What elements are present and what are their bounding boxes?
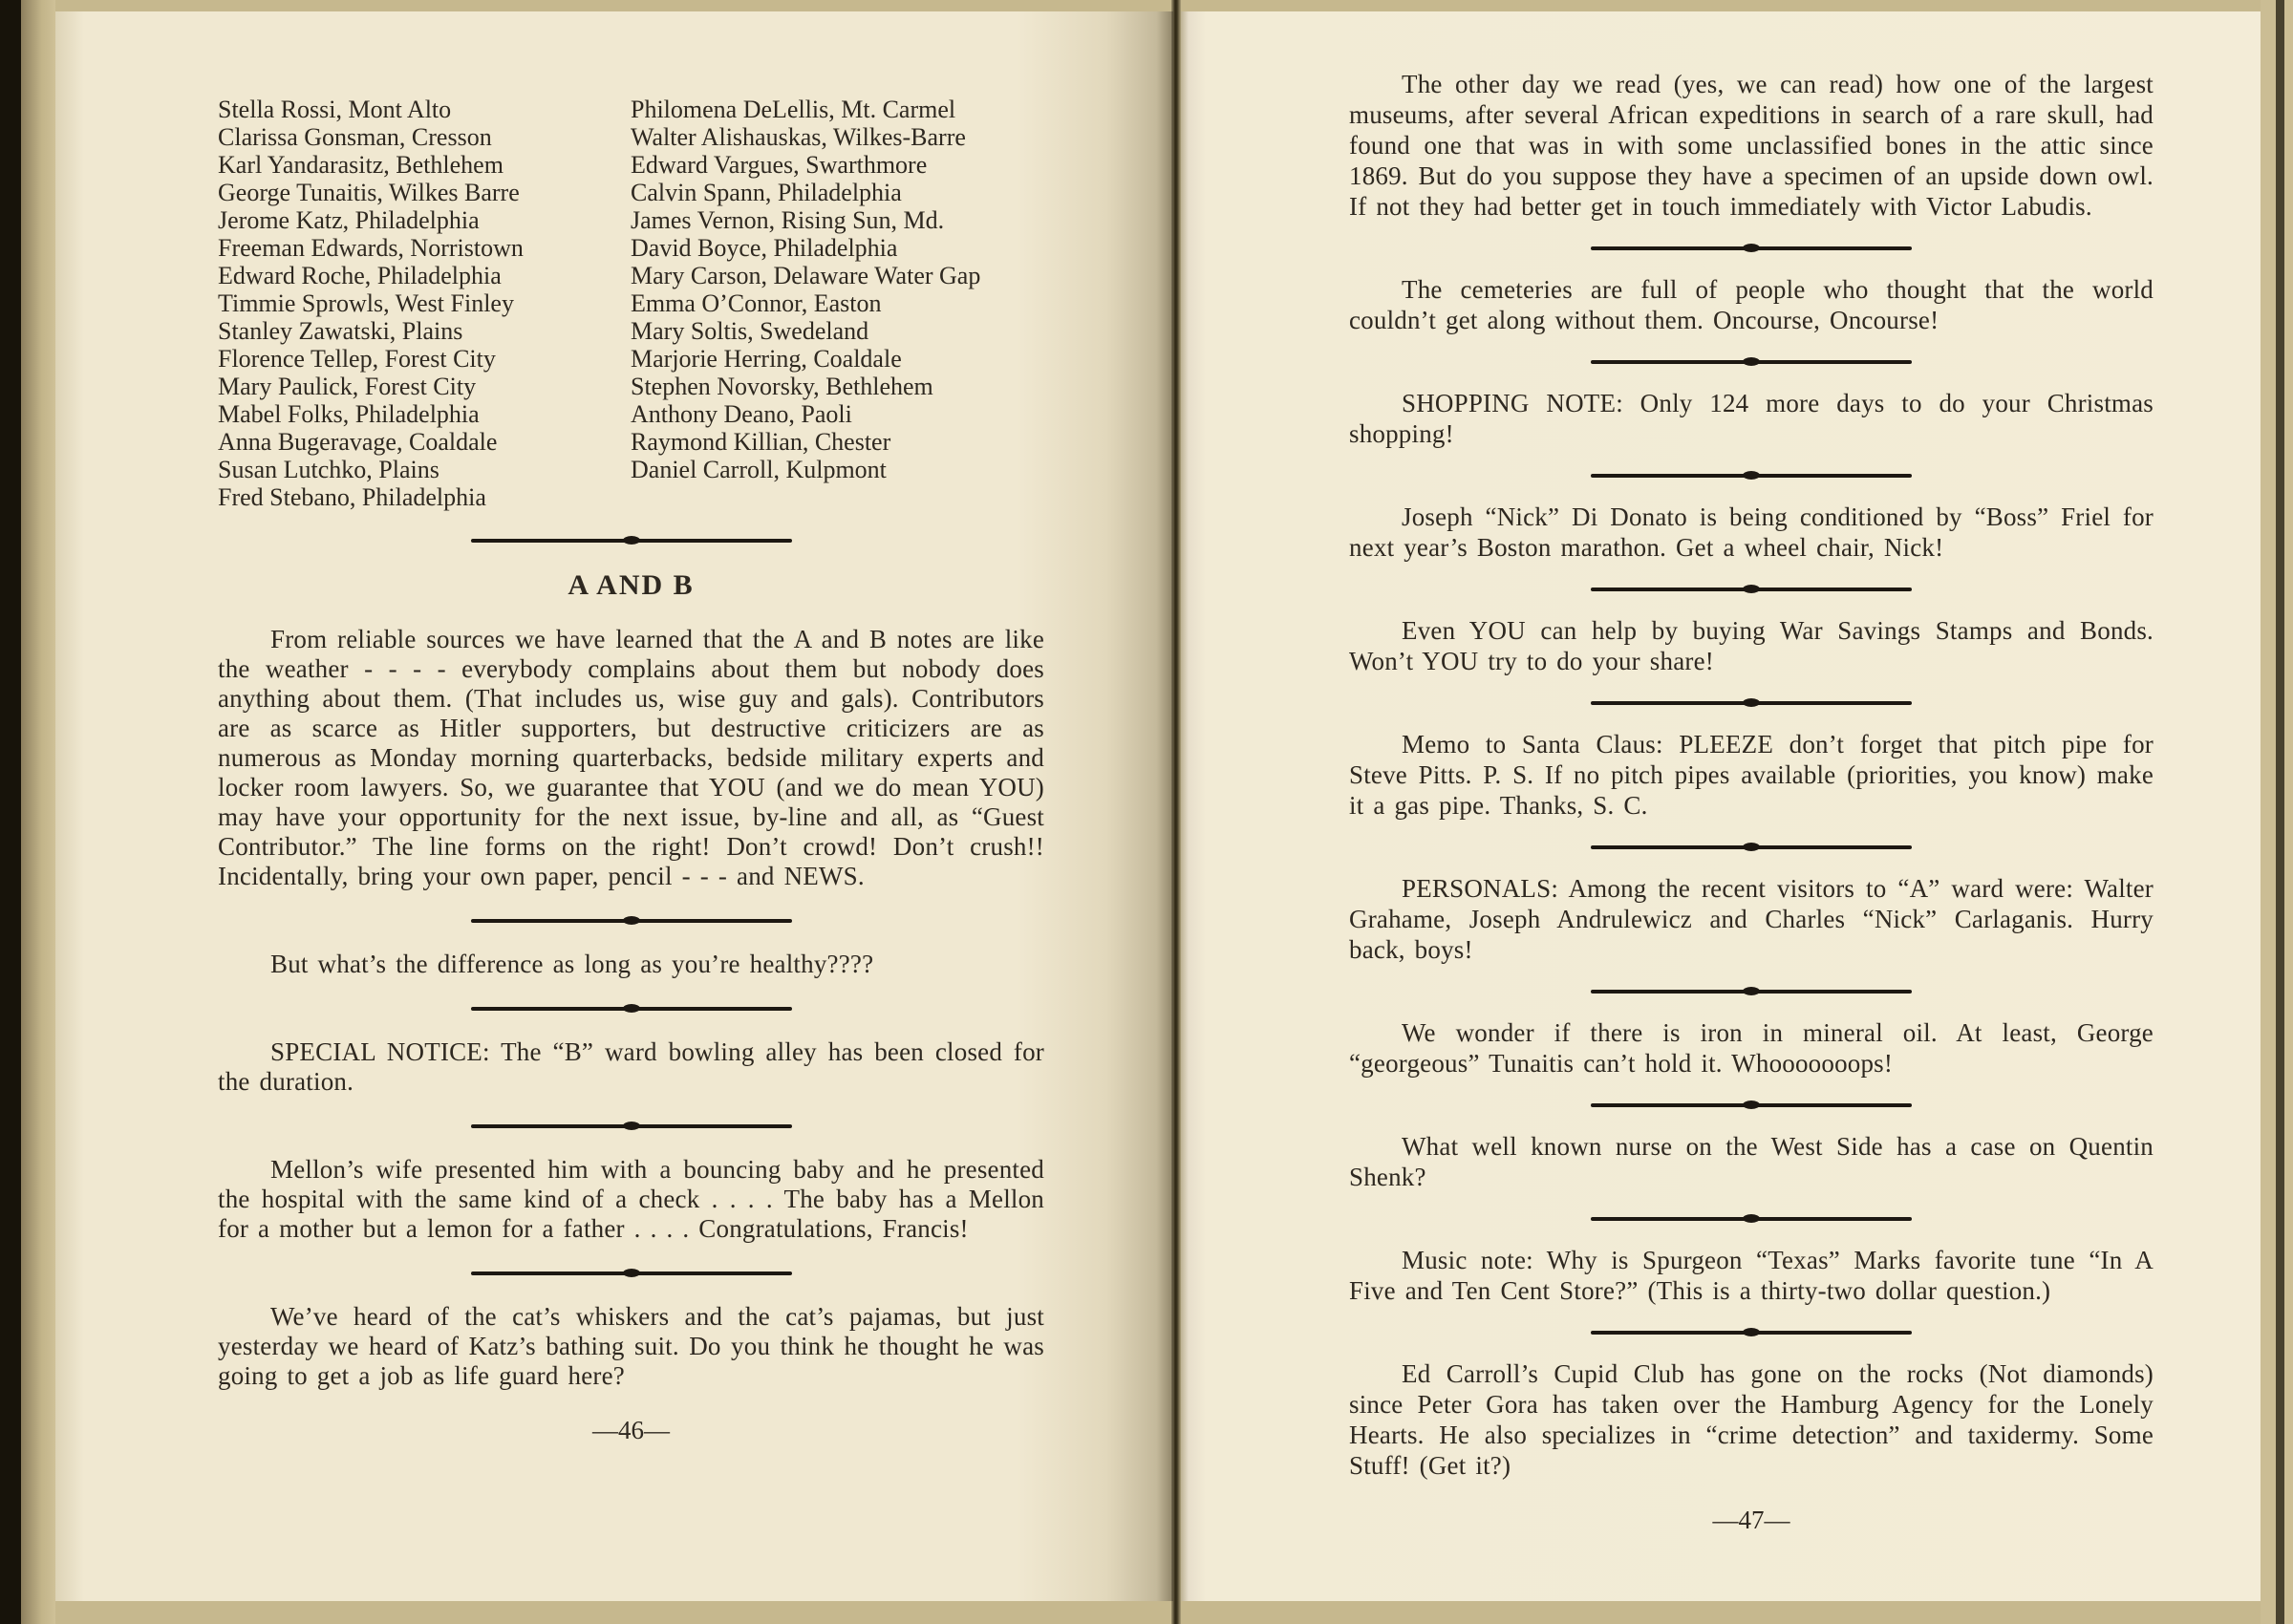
roster-entry: David Boyce, Philadelphia [631, 234, 1044, 262]
scan-right-edge-line [2276, 0, 2284, 1624]
book-scan: Stella Rossi, Mont AltoClarissa Gonsman,… [0, 0, 2293, 1624]
scan-far-right-edge [2284, 0, 2293, 1624]
page-number-right: —47— [1349, 1506, 2154, 1535]
page-left: Stella Rossi, Mont AltoClarissa Gonsman,… [55, 11, 1173, 1601]
roster-entry: Freeman Edwards, Norristown [218, 234, 631, 262]
roster-entry: Stella Rossi, Mont Alto [218, 96, 631, 123]
roster-entry: Karl Yandarasitz, Bethlehem [218, 151, 631, 179]
roster-entry: Mary Carson, Delaware Water Gap [631, 262, 1044, 289]
roster-entry: James Vernon, Rising Sun, Md. [631, 206, 1044, 234]
paragraph-di-donato: Joseph “Nick” Di Donato is being conditi… [1349, 502, 2154, 563]
paragraph-mellon: Mellon’s wife presented him with a bounc… [218, 1155, 1044, 1244]
section-divider [1591, 698, 1912, 707]
paragraph-shopping-note: SHOPPING NOTE: Only 124 more days to do … [1349, 388, 2154, 449]
paragraph-museum: The other day we read (yes, we can read)… [1349, 69, 2154, 222]
section-divider [1591, 843, 1912, 851]
page-number-left: —46— [218, 1416, 1044, 1445]
roster-entry: Mary Soltis, Swedeland [631, 317, 1044, 345]
section-divider [1591, 1100, 1912, 1109]
section-divider [1591, 244, 1912, 252]
paragraph-personals: PERSONALS: Among the recent visitors to … [1349, 873, 2154, 965]
section-divider [1591, 987, 1912, 995]
section-divider [471, 1004, 792, 1013]
section-divider [1591, 1214, 1912, 1223]
roster-entry: Calvin Spann, Philadelphia [631, 179, 1044, 206]
roster-entry: Florence Tellep, Forest City [218, 345, 631, 373]
paragraph-katz: We’ve heard of the cat’s whiskers and th… [218, 1302, 1044, 1391]
patient-roster: Stella Rossi, Mont AltoClarissa Gonsman,… [218, 96, 1044, 511]
scan-right-cover-edge [2261, 0, 2276, 1624]
paragraph-mineral-oil: We wonder if there is iron in mineral oi… [1349, 1017, 2154, 1079]
roster-entry: Mary Paulick, Forest City [218, 373, 631, 400]
page-right: The other day we read (yes, we can read)… [1181, 11, 2261, 1601]
section-divider [471, 1122, 792, 1130]
roster-entry: Clarissa Gonsman, Cresson [218, 123, 631, 151]
roster-entry: Daniel Carroll, Kulpmont [631, 456, 1044, 483]
paragraph-guest-contributor: From reliable sources we have learned th… [218, 625, 1044, 891]
section-divider [1591, 471, 1912, 480]
paragraph-cupid-club: Ed Carroll’s Cupid Club has gone on the … [1349, 1358, 2154, 1481]
paragraph-santa-memo: Memo to Santa Claus: PLEEZE don’t forget… [1349, 729, 2154, 821]
section-heading-a-and-b: A AND B [218, 569, 1044, 602]
section-divider [1591, 1328, 1912, 1336]
roster-entry: Emma O’Connor, Easton [631, 289, 1044, 317]
paragraph-healthy: But what’s the difference as long as you… [218, 950, 1044, 979]
paragraph-music-note: Music note: Why is Spurgeon “Texas” Mark… [1349, 1245, 2154, 1306]
roster-entry: Walter Alishauskas, Wilkes-Barre [631, 123, 1044, 151]
roster-entry: George Tunaitis, Wilkes Barre [218, 179, 631, 206]
roster-entry: Stephen Novorsky, Bethlehem [631, 373, 1044, 400]
roster-column-left: Stella Rossi, Mont AltoClarissa Gonsman,… [218, 96, 631, 511]
scan-left-black-edge [0, 0, 21, 1624]
paragraph-special-notice: SPECIAL NOTICE: The “B” ward bowling all… [218, 1037, 1044, 1097]
roster-entry: Timmie Sprowls, West Finley [218, 289, 631, 317]
section-divider [471, 536, 792, 545]
roster-entry: Susan Lutchko, Plains [218, 456, 631, 483]
section-divider [471, 1269, 792, 1277]
paragraph-nurse: What well known nurse on the West Side h… [1349, 1131, 2154, 1192]
roster-entry: Fred Stebano, Philadelphia [218, 483, 631, 511]
roster-entry: Edward Vargues, Swarthmore [631, 151, 1044, 179]
roster-entry: Anthony Deano, Paoli [631, 400, 1044, 428]
roster-entry: Jerome Katz, Philadelphia [218, 206, 631, 234]
section-divider [1591, 585, 1912, 593]
scan-left-cover-edge [21, 0, 55, 1624]
roster-column-right: Philomena DeLellis, Mt. CarmelWalter Ali… [631, 96, 1044, 511]
binding-gutter [1171, 0, 1181, 1624]
paragraph-war-stamps: Even YOU can help by buying War Savings … [1349, 615, 2154, 676]
section-divider [471, 916, 792, 925]
roster-entry: Raymond Killian, Chester [631, 428, 1044, 456]
roster-entry: Mabel Folks, Philadelphia [218, 400, 631, 428]
roster-entry: Marjorie Herring, Coaldale [631, 345, 1044, 373]
roster-entry: Edward Roche, Philadelphia [218, 262, 631, 289]
section-divider [1591, 357, 1912, 366]
roster-entry: Stanley Zawatski, Plains [218, 317, 631, 345]
paragraph-cemeteries: The cemeteries are full of people who th… [1349, 274, 2154, 335]
roster-entry: Anna Bugeravage, Coaldale [218, 428, 631, 456]
roster-entry: Philomena DeLellis, Mt. Carmel [631, 96, 1044, 123]
